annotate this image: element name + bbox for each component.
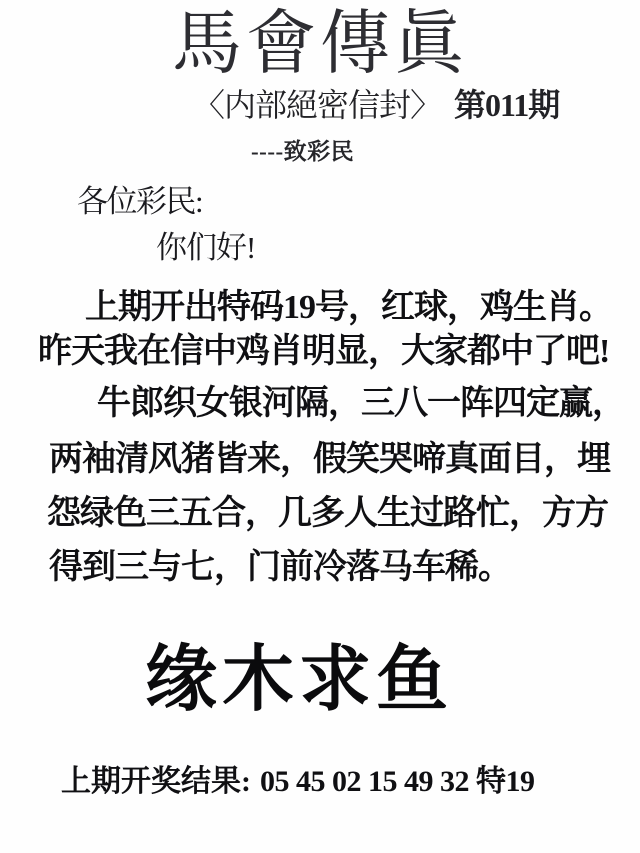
result-special-number: 特19 <box>476 765 535 798</box>
subtitle: 〈内部絕密信封〉第011期 <box>193 89 559 121</box>
fax-document: 馬會傳眞 〈内部絕密信封〉第011期 ----致彩民 各位彩民: 你们好! 上期… <box>0 0 640 853</box>
previous-result-line: 上期开奖结果:05 45 02 15 49 32特19 <box>61 767 535 797</box>
body-line: 怨绿色三五合，几多人生过路忙，方方 <box>47 497 608 531</box>
dedication-line: ----致彩民 <box>251 140 354 163</box>
body-line: 得到三与七，门前冷落马车稀。 <box>49 551 511 585</box>
salutation: 各位彩民: <box>77 186 202 217</box>
body-line: 上期开出特码19号，红球，鸡生肖。 <box>85 291 612 325</box>
body-line: 牛郎织女银河隔，三八一阵四定赢， <box>97 387 625 421</box>
body-line: 两袖清风猪皆来，假笑哭啼真面目，埋 <box>49 443 610 477</box>
result-label: 上期开奖结果: <box>61 765 251 798</box>
greeting: 你们好! <box>156 232 255 263</box>
idiom-headline: 缘木求鱼 <box>145 644 453 716</box>
issue-number: 第011期 <box>454 87 559 123</box>
page-title: 馬會傳眞 <box>0 10 640 80</box>
subtitle-envelope: 〈内部絕密信封〉 <box>193 87 441 123</box>
result-numbers: 05 45 02 15 49 32 <box>260 765 469 798</box>
body-line: 昨天我在信中鸡肖明显，大家都中了吧! <box>38 335 609 369</box>
